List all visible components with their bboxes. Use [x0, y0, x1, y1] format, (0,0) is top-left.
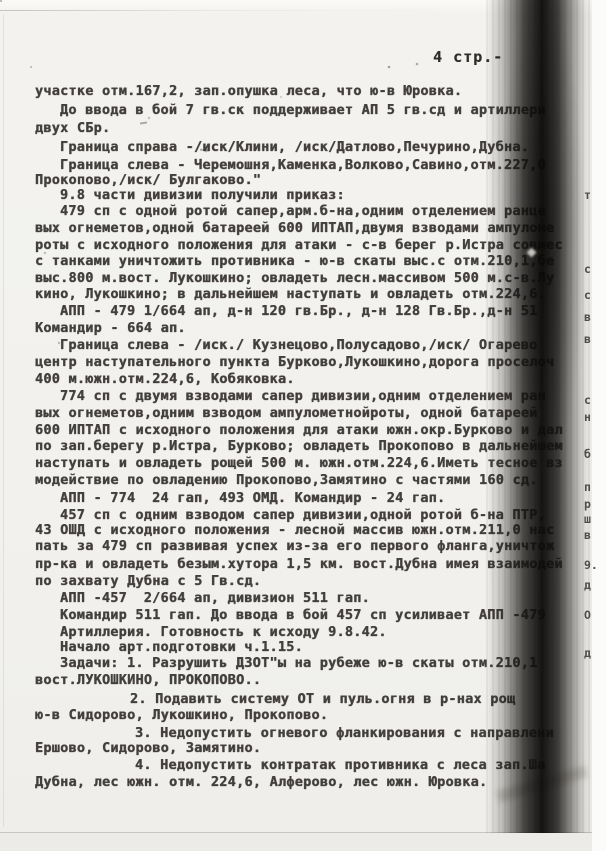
text-line-25: АПП - 774 24 гап, 493 ОМД. Командир - 24… [60, 490, 445, 506]
text-line-42: Дубна, лес южн. отм. 224,6, Алферово, ле… [35, 774, 487, 790]
text-line-29: пр-ка и овладеть безым.хутора 1,5 км. во… [35, 556, 563, 572]
text-line-24: модействие по овладению Прокопово,Замяти… [35, 472, 538, 488]
typewritten-text: участке отм.167,2, зап.опушка леса, что … [0, 0, 606, 851]
text-line-35: Задачи: 1. Разрушить ДЗОТ"ы на рубеже ю-… [60, 655, 538, 671]
text-line-34: Начало арт.подготовки ч.1.15. [60, 639, 303, 655]
text-line-26: 457 сп с одним взводом сапер дивизии,одн… [60, 507, 546, 523]
text-line-37: 2. Подавить систему ОТ и пуль.огня в р-н… [130, 691, 515, 707]
text-line-6: Прокопово,/иск/ Булгаково." [35, 172, 261, 188]
scanner-edge-strip [592, 0, 606, 851]
text-line-19: 774 сп с двумя взводами сапер дивизии,од… [60, 388, 546, 404]
text-line-41: 4. Недопустить контратак противника с ле… [135, 757, 546, 773]
text-line-12: выс.800 м.вост. Лукошкино; овладеть лесн… [35, 270, 554, 286]
text-line-31: АПП -457 2/664 ап, дивизион 511 гап. [60, 590, 370, 606]
text-line-33: Артиллерия. Готовность к исходу 9.8.42. [60, 624, 387, 640]
text-line-8: 479 сп с одной ротой сапер,арм.б-на,одни… [60, 203, 546, 219]
text-line-14: АПП - 479 1/664 ап, д-н 120 гв.Бр., д-н … [60, 303, 538, 319]
text-line-17: центр наступательного пункта Бурково,Лук… [35, 354, 554, 370]
text-line-5: Граница слева - Черемошня,Каменка,Волков… [60, 157, 546, 173]
text-line-7: 9.8 части дивизии получили приказ: [60, 187, 345, 203]
text-line-16: Граница слева - /иск./ Кузнецово,Полусад… [60, 337, 538, 353]
text-line-3: двух СБр. [35, 120, 110, 136]
text-line-22: по зап.берегу р.Истра, Бурково; овладеть… [35, 438, 563, 454]
text-line-4: Граница справа -/иск/Клини, /иск/Датлово… [60, 139, 529, 155]
text-line-38: ю-в Сидорово, Лукошкино, Прокопово. [35, 707, 328, 723]
text-line-32: Командир 511 гап. До ввода в бой 457 сп … [60, 607, 546, 623]
text-line-15: Командир - 664 ап. [35, 320, 186, 336]
text-line-28: пать за 479 сп развивая успех из-за его … [35, 538, 554, 554]
text-line-9: вых огнеметов,одной батареей 600 ИПТАП,д… [35, 220, 554, 236]
text-line-36: вост.ЛУКОШКИНО, ПРОКОПОВО.. [35, 672, 261, 688]
scanned-page: 4 стр.- участке отм.167,2, зап.опушка ле… [0, 0, 606, 851]
text-line-40: Ершово, Сидорово, Замятино. [35, 740, 261, 756]
text-line-13: кино, Лукошкино; в дальнейшем наступать … [35, 286, 546, 302]
text-line-18: 400 м.южн.отм.224,6, Кобяковка. [35, 371, 295, 387]
scanner-bottom-strip [0, 833, 606, 851]
text-line-27: 43 ОШД с исходного положения - лесной ма… [35, 522, 554, 538]
text-line-23: наступать и овладеть рощей 500 м. южн.от… [35, 455, 563, 471]
text-line-11: с танками уничтожить противника - ю-в ск… [35, 253, 554, 269]
text-line-39: 3. Недопустить огневого фланкирования с … [135, 725, 554, 741]
text-line-21: 600 ИПТАП с исходного положения для атак… [35, 422, 563, 438]
text-line-20: вых огнеметов,одним взводом ампулометной… [35, 405, 538, 421]
text-line-2: До ввода в бой 7 гв.ск поддерживает АП 5… [60, 102, 546, 118]
text-line-1: участке отм.167,2, зап.опушка леса, что … [35, 83, 462, 99]
text-line-30: по захвату Дубна с 5 Гв.сд. [35, 573, 261, 589]
text-line-10: роты с исходного положения для атаки - с… [35, 237, 563, 253]
